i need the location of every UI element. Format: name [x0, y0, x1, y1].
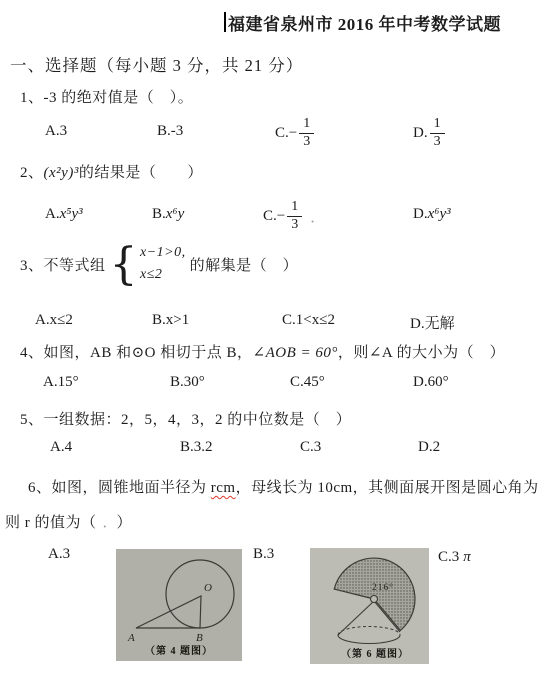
q2-option-c: C.−13．: [263, 196, 325, 236]
q1-option-b: B.-3: [157, 123, 183, 140]
fraction: 13: [299, 116, 314, 149]
q4-option-b: B.30°: [170, 374, 205, 391]
q3-option-d: D.无解: [410, 312, 455, 333]
q2-option-a-prefix: A.: [45, 206, 60, 222]
q6-line1-pre: 6、如图，圆锥地面半径为: [28, 480, 211, 496]
q2-option-b-prefix: B.: [152, 206, 166, 222]
point-label-O: O: [204, 582, 212, 594]
figure-question-4: A B O （第 4 题图）: [116, 549, 242, 661]
question-3-stem: 3、不等式组 { x−1>0,x≤2 的解集是（ ）: [20, 242, 298, 287]
figure-caption: （第 6 题图）: [341, 647, 409, 660]
q4-stem-math: ∠AOB = 60°: [253, 345, 338, 361]
question-5-options: A.4 B.3.2 C.3 D.2: [0, 439, 548, 463]
fraction-denominator: 3: [287, 217, 302, 233]
q2-stem-math: (x²y)³: [44, 165, 79, 181]
q4-option-c: C.45°: [290, 374, 325, 391]
q3-option-a: A.x≤2: [35, 312, 73, 329]
q6-line2-post: ）: [117, 515, 133, 531]
question-4-stem: 4、如图，AB 和⊙O 相切于点 B，∠AOB = 60°，则∠A 的大小为（ …: [20, 341, 505, 362]
q4-stem-pre: 4、如图，AB 和⊙O 相切于点 B，: [20, 345, 253, 361]
question-2-options: A.x⁵y³ B.x⁶y C.−13． D.x⁶y³: [0, 196, 548, 242]
q3-option-c: C.1<x≤2: [282, 312, 335, 329]
fraction-numerator: 1: [430, 116, 445, 133]
q6-option-a: A.3: [48, 546, 70, 563]
fraction: 13: [430, 116, 445, 149]
fraction: 13: [287, 199, 302, 232]
document-title: 福建省泉州市 2016 年中考数学试题: [228, 10, 501, 35]
text-cursor: [224, 12, 226, 32]
stray-dot: ．: [97, 515, 117, 531]
question-5-stem: 5、一组数据：2，5，4，3，2 的中位数是（ ）: [20, 408, 351, 429]
q4-option-d: D.60°: [413, 374, 449, 391]
q1-option-a: A.3: [45, 123, 67, 140]
q1-option-d: D.13: [413, 113, 445, 153]
system-brace: {: [110, 245, 139, 285]
question-1-options: A.3 B.-3 C.−13 D.13: [0, 113, 548, 159]
fraction-denominator: 3: [299, 134, 314, 150]
q4-stem-post: ，则∠A 的大小为（ ）: [338, 345, 505, 361]
angle-label: 216°: [372, 582, 394, 593]
q2-option-d-math: x⁶y³: [428, 206, 451, 222]
system-line-2: x≤2: [140, 264, 186, 286]
q1-option-c: C.−13: [275, 113, 314, 153]
q6-option-c-prefix: C.3: [438, 549, 459, 565]
point-label-B: B: [196, 632, 203, 644]
q6-option-c: C.3π: [438, 549, 471, 566]
q5-option-a: A.4: [50, 439, 72, 456]
figure-caption: （第 4 题图）: [145, 644, 213, 657]
q6-line2-pre: 则 r 的值为（: [5, 515, 97, 531]
system-line-1: x−1>0,: [140, 242, 186, 264]
q2-stem-number: 2、: [20, 165, 44, 181]
q2-option-b: B.x⁶y: [152, 206, 184, 223]
q2-option-a: A.x⁵y³: [45, 206, 83, 223]
point-label-A: A: [127, 632, 135, 644]
question-1-stem: 1、-3 的绝对值是（ ）。: [20, 86, 193, 107]
q5-option-c: C.3: [300, 439, 321, 456]
q3-stem-post: 的解集是（ ）: [190, 254, 299, 275]
q3-stem-pre: 3、不等式组: [20, 254, 106, 275]
q6-line1-post: ，母线长为 10cm，其侧面展开图是圆心角为: [236, 480, 539, 496]
figure-background: [116, 549, 242, 661]
question-4-options: A.15° B.30° C.45° D.60°: [0, 374, 548, 398]
fraction-numerator: 1: [287, 199, 302, 216]
q1-option-c-prefix: C.−: [275, 125, 297, 142]
stray-dot: ．: [310, 206, 325, 227]
section-heading: 一、选择题（每小题 3 分，共 21 分）: [10, 52, 303, 76]
q2-stem-text: 的结果是（ ）: [79, 165, 203, 181]
q5-option-d: D.2: [418, 439, 440, 456]
document-page: 福建省泉州市 2016 年中考数学试题 一、选择题（每小题 3 分，共 21 分…: [0, 0, 548, 684]
q6-option-b: B.3: [253, 546, 274, 563]
inequality-system: x−1>0,x≤2: [140, 242, 186, 287]
figure-question-6: 216° （第 6 题图）: [310, 548, 429, 664]
sector-center-circle: [371, 596, 378, 603]
q2-option-c-prefix: C.−: [263, 208, 285, 225]
q2-option-a-math: x⁵y³: [60, 206, 83, 222]
q5-option-b: B.3.2: [180, 439, 213, 456]
q4-option-a: A.15°: [43, 374, 79, 391]
question-6-line-1: 6、如图，圆锥地面半径为 rcm，母线长为 10cm，其侧面展开图是圆心角为: [28, 476, 539, 497]
q1-option-d-prefix: D.: [413, 125, 428, 142]
q3-option-b: B.x>1: [152, 312, 189, 329]
q2-option-b-math: x⁶y: [166, 206, 185, 222]
fraction-denominator: 3: [430, 134, 445, 150]
q6-spellchecked-word: rcm: [211, 480, 236, 496]
q2-option-d-prefix: D.: [413, 206, 428, 222]
question-2-stem: 2、(x²y)³的结果是（ ）: [20, 161, 203, 182]
question-6-line-2: 则 r 的值为（．）: [5, 511, 132, 532]
q2-option-d: D.x⁶y³: [413, 206, 451, 223]
q6-option-c-pi: π: [463, 549, 471, 565]
fraction-numerator: 1: [299, 116, 314, 133]
